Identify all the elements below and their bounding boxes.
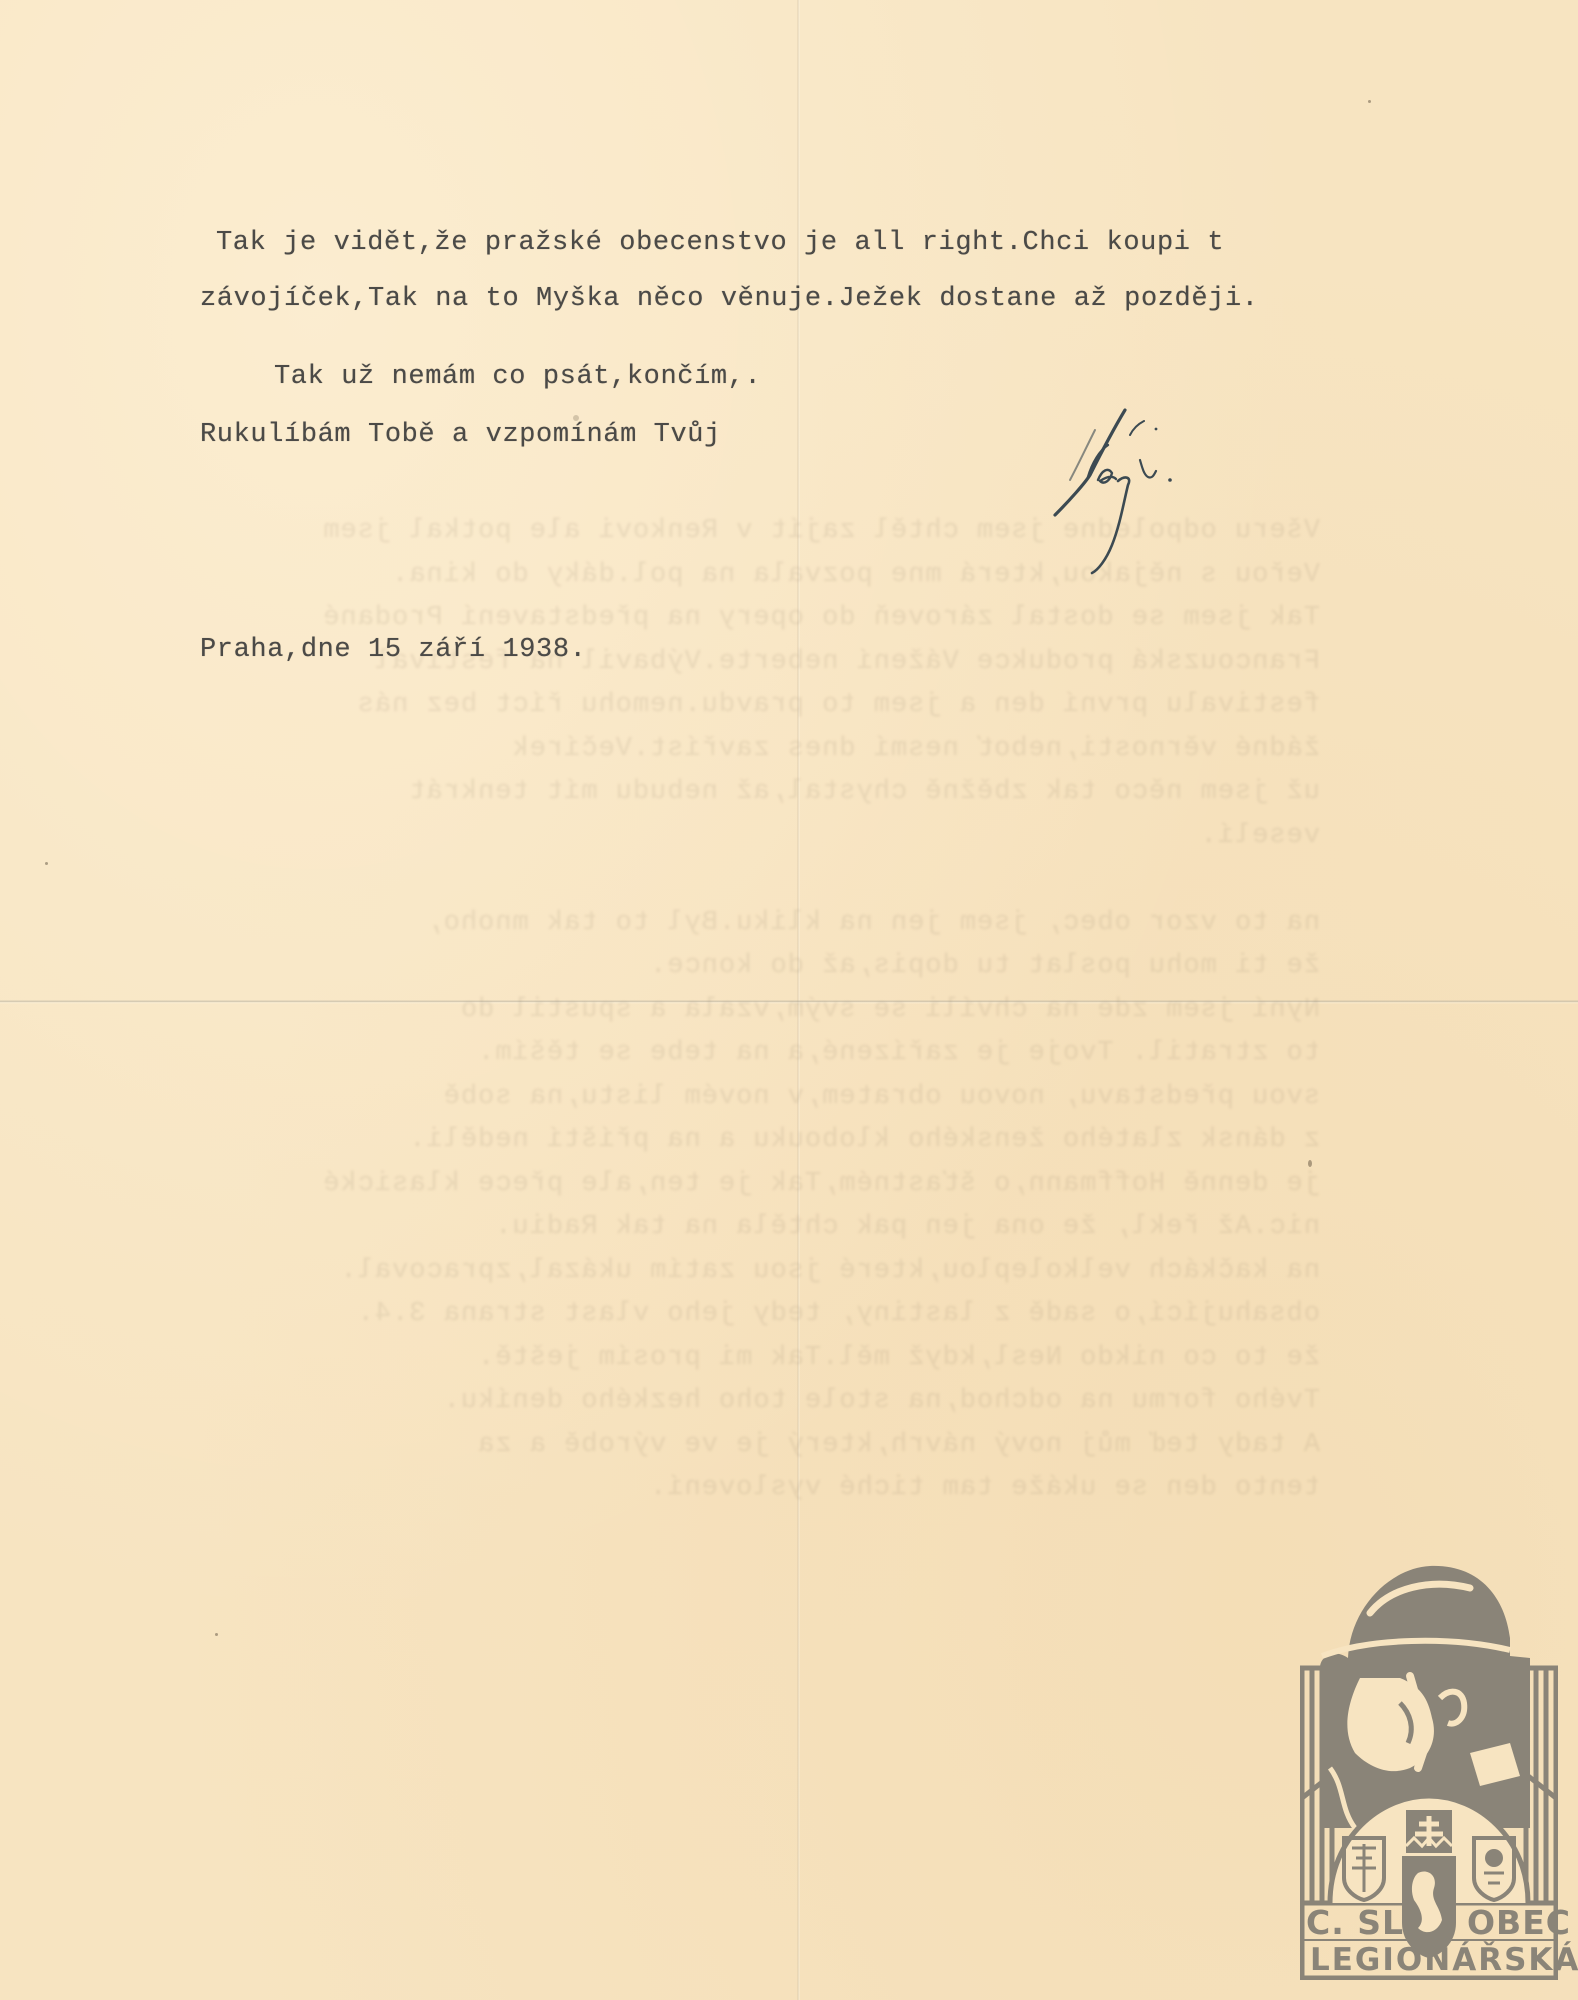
paper-speck <box>1308 1160 1312 1167</box>
letter-line-2: závojíček,Tak na to Myška něco věnuje.Je… <box>200 284 1259 314</box>
legion-emblem-watermark: C. SL. OBEC LEGIONÁŘSKÁ <box>1300 1528 1558 1980</box>
paper-speck <box>573 415 579 421</box>
emblem-text-legionarska: LEGIONÁŘSKÁ <box>1310 1942 1578 1978</box>
paper-speck <box>45 862 48 865</box>
date-line: Praha,dne 15 září 1938. <box>200 635 586 665</box>
letter-line-3: Tak už nemám co psát,končím,. <box>274 362 761 392</box>
paper-speck <box>215 1633 218 1636</box>
handwritten-signature <box>1040 405 1210 575</box>
emblem-text-csl: C. SL. <box>1306 1903 1418 1942</box>
emblem-text-obec: OBEC <box>1467 1903 1571 1942</box>
letter-line-1: Tak je vidět,že pražské obecenstvo je al… <box>216 228 1224 258</box>
horizontal-fold-line <box>0 1000 1578 1004</box>
letter-closing: Rukulíbám Tobě a vzpomínám Tvůj <box>200 420 721 450</box>
paper-speck <box>1368 100 1371 103</box>
